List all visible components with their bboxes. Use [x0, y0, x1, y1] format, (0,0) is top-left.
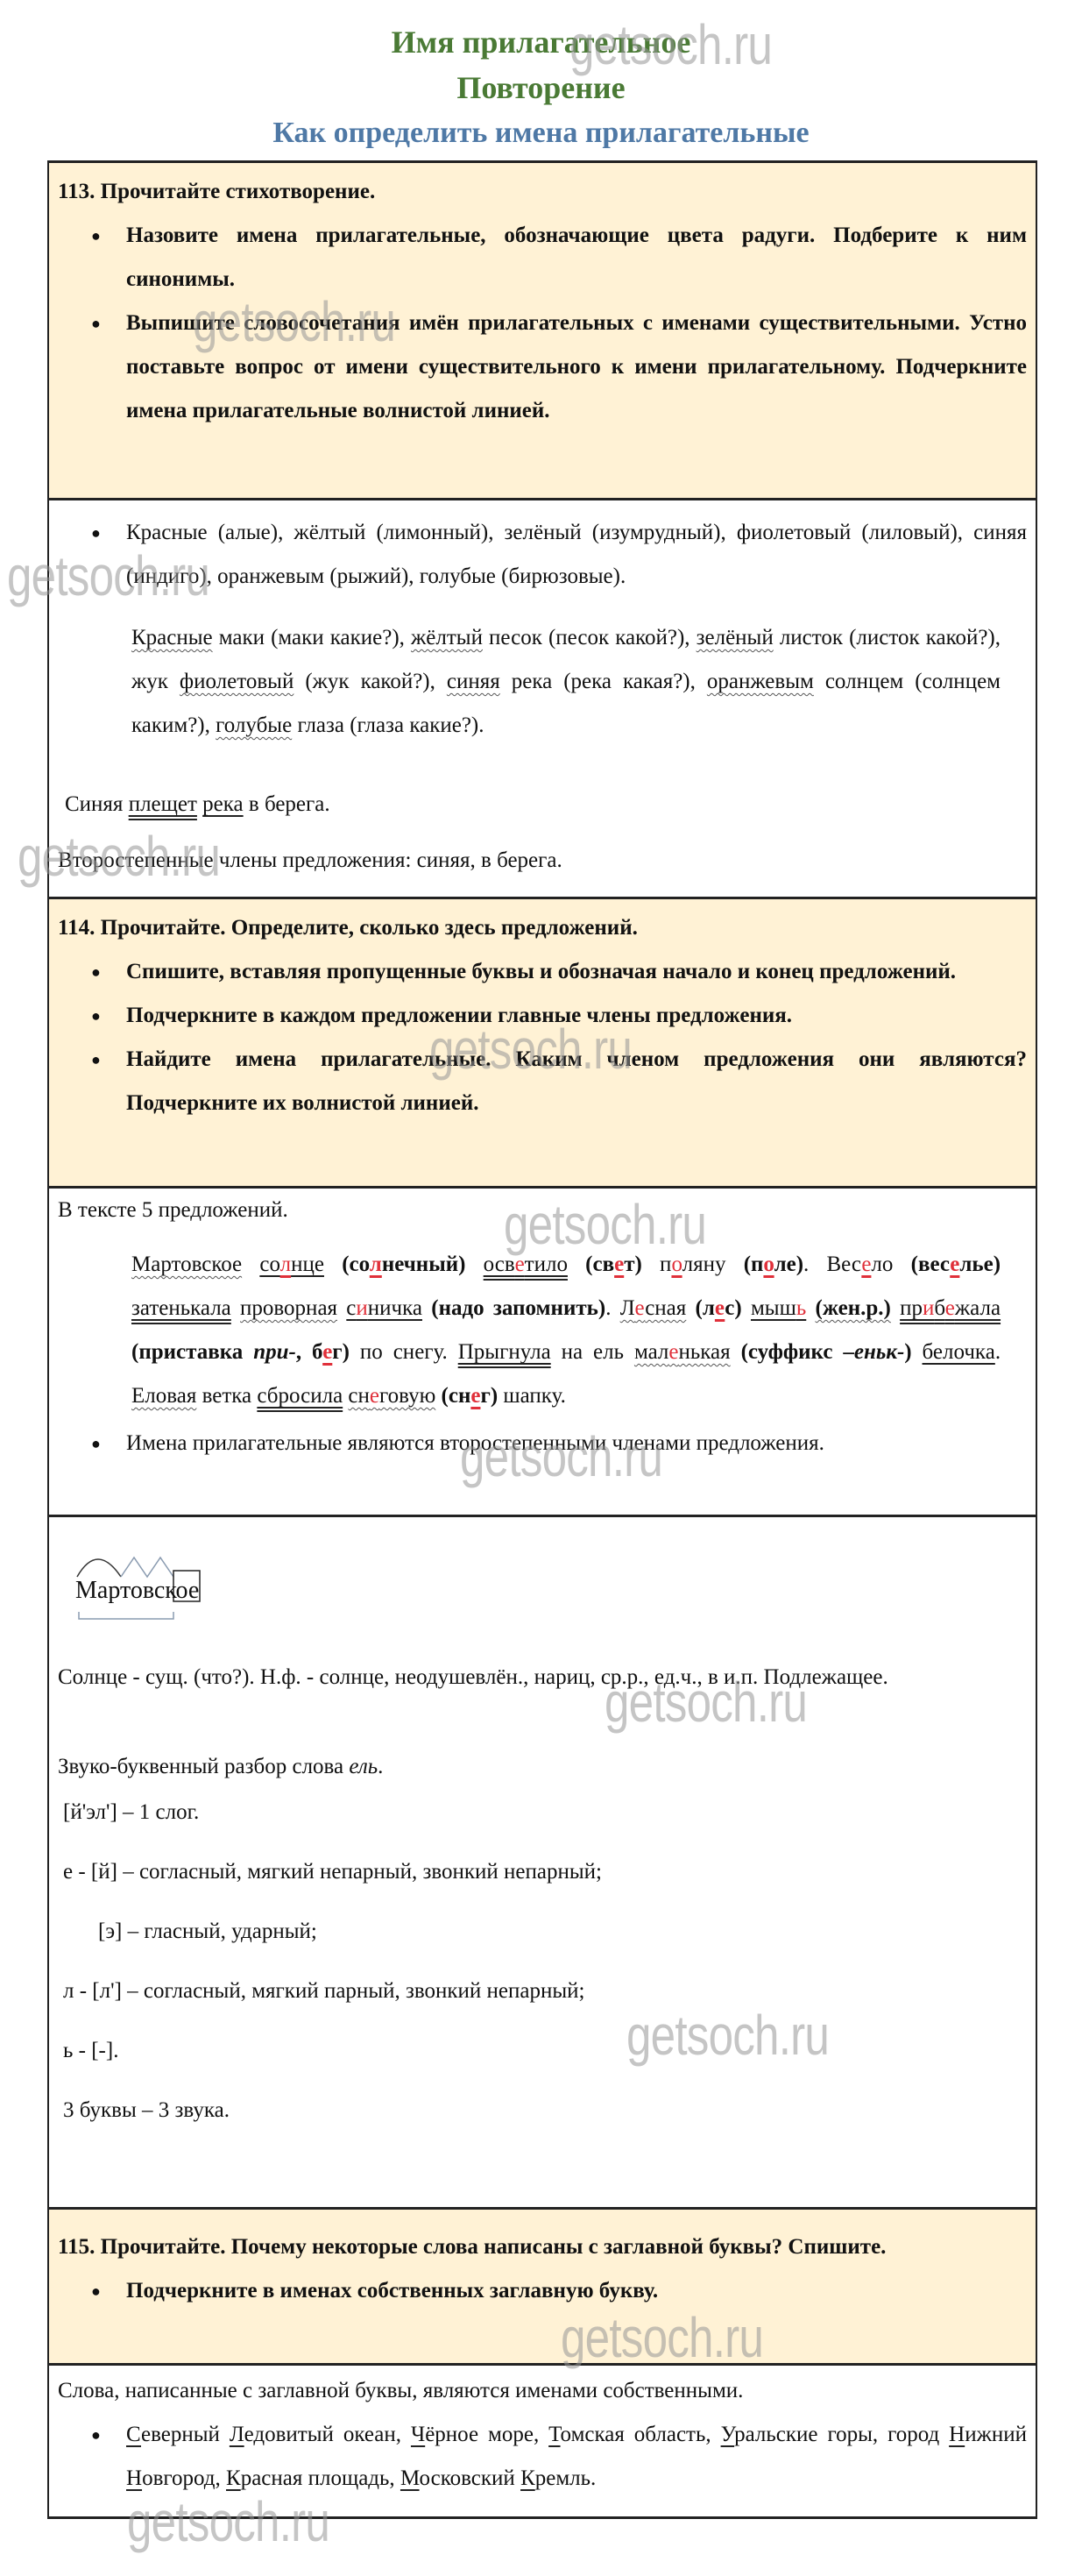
task-113-bullet: Назовите имена прилагательные, обозначаю…	[126, 214, 1027, 302]
answer-114-conclusion: Имена прилагательные являются второстепе…	[126, 1422, 1027, 1465]
answer-113-secondary: Второстепенные члены предложения: синяя,…	[58, 839, 1027, 883]
task-113-title: 113. Прочитайте стихотворение.	[58, 170, 1027, 214]
page-title: Имя прилагательное	[0, 19, 1082, 65]
answer-115-text: Слова, написанные с заглавной буквы, явл…	[58, 2369, 1027, 2413]
task-114-bullet: Спишите, вставляя пропущенные буквы и об…	[126, 950, 1027, 994]
answer-113-sentence: Синяя плещет река в берега.	[58, 783, 1027, 827]
noun-analysis: Солнце - сущ. (что?). Н.ф. - солнце, нео…	[58, 1656, 1027, 1700]
answer-114-count: В тексте 5 предложений.	[58, 1189, 1027, 1232]
answer-114: В тексте 5 предложений. Мартовское солнц…	[49, 1186, 1036, 1515]
word-analysis: Мартовское Солнце - сущ. (что?). Н.ф. - …	[49, 1515, 1036, 2207]
task-115-bullet: Подчеркните в именах собственных заглавн…	[126, 2269, 1027, 2313]
task-114-title: 114. Прочитайте. Определите, сколько зде…	[58, 906, 1027, 950]
task-115-title: 115. Прочитайте. Почему некоторые слова …	[58, 2225, 1027, 2269]
answer-113-phrases: Красные маки (маки какие?), жёлтый песок…	[58, 616, 1027, 748]
diagram-word: Мартовское	[75, 1577, 199, 1605]
page-header: Имя прилагательное Повторение Как опреде…	[0, 19, 1082, 156]
phonetic-line: ь - [-].	[58, 2029, 1027, 2073]
task-113-bullet: Выпишите словосочетания имён прилагатель…	[126, 302, 1027, 433]
exercise-sheet: 113. Прочитайте стихотворение. Назовите …	[47, 160, 1037, 2519]
answer-115-names: Северный Ледовитый океан, Чёрное море, Т…	[126, 2413, 1027, 2501]
task-113: 113. Прочитайте стихотворение. Назовите …	[49, 160, 1036, 498]
answer-114-text: Мартовское солнце (солнечный) осветило (…	[58, 1243, 1027, 1418]
phonetic-title: Звуко-буквенный разбор слова ель.	[58, 1745, 1027, 1789]
phonetic-line: [э] – гласный, ударный;	[58, 1910, 1027, 1954]
phonetic-line: 3 буквы – 3 звука.	[58, 2089, 1027, 2132]
page-subtitle: Повторение	[0, 65, 1082, 110]
task-115: 115. Прочитайте. Почему некоторые слова …	[49, 2207, 1036, 2363]
phonetic-line: л - [л'] – согласный, мягкий парный, зво…	[58, 1969, 1027, 2013]
task-114-bullet: Найдите имена прилагательные. Каким член…	[126, 1038, 1027, 1125]
topic-title: Как определить имена прилагательные	[0, 110, 1082, 156]
predicate: плещет	[129, 792, 197, 816]
task-114-bullet: Подчеркните в каждом предложении главные…	[126, 994, 1027, 1038]
answer-113-synonyms: Красные (алые), жёлтый (лимонный), зелён…	[126, 511, 1027, 599]
subject: река	[202, 792, 243, 816]
task-113-bullets: Назовите имена прилагательные, обозначаю…	[58, 214, 1027, 433]
phonetic-line: [й'эл'] – 1 слог.	[58, 1791, 1027, 1834]
phonetic-line: е - [й] – согласный, мягкий непарный, зв…	[58, 1850, 1027, 1894]
task-114: 114. Прочитайте. Определите, сколько зде…	[49, 897, 1036, 1186]
answer-115: Слова, написанные с заглавной буквы, явл…	[49, 2363, 1036, 2519]
morpheme-diagram: Мартовское	[58, 1533, 1027, 1647]
answer-113: Красные (алые), жёлтый (лимонный), зелён…	[49, 498, 1036, 897]
